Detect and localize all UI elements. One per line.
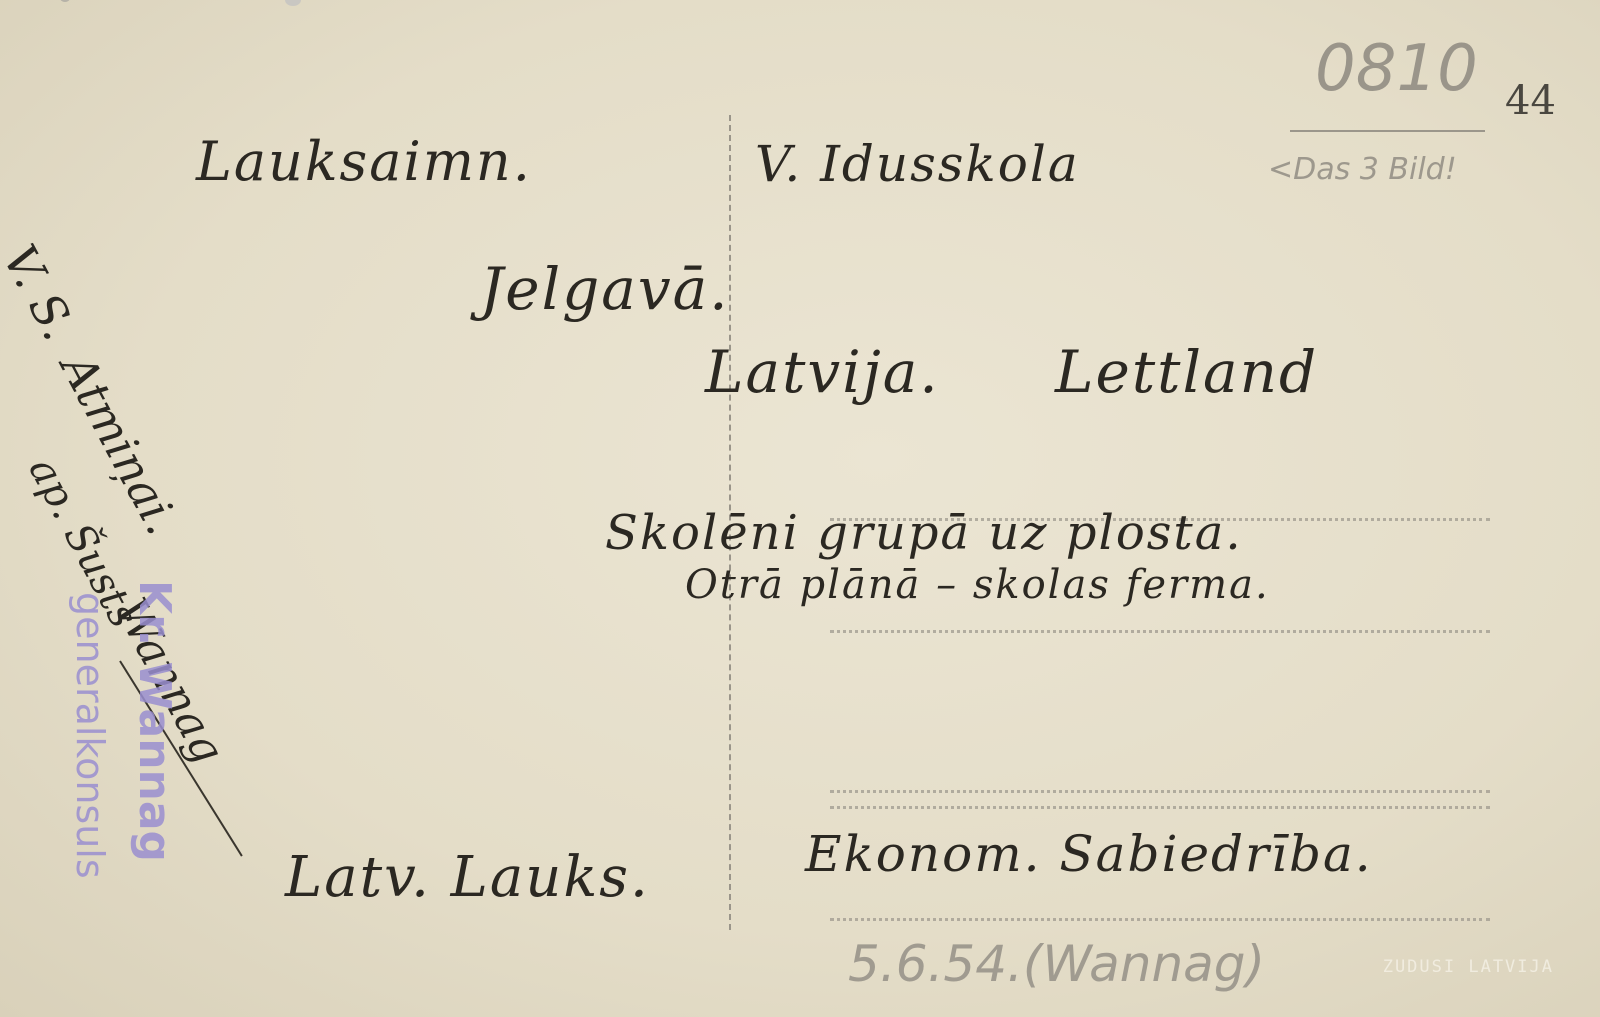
print-line xyxy=(830,790,1490,793)
sender-right: Ekonom. Sabiedrība. xyxy=(805,825,1373,883)
address-school-type: Lauksaimn. xyxy=(196,130,532,193)
watermark: ZUDUSI LATVIJA xyxy=(1383,957,1554,977)
address-country: Latvija. xyxy=(705,338,940,406)
side-note-initials: V. S. xyxy=(0,236,86,349)
archive-note: <Das 3 Bild! xyxy=(1268,152,1457,187)
consul-stamp-name: Kr. Wannag xyxy=(129,580,180,862)
address-city: Jelgavā. xyxy=(480,255,730,323)
archive-number: 0810 xyxy=(1315,32,1478,106)
consul-stamp-title: generalkonsuls xyxy=(68,592,112,879)
sender-left: Latv. Lauks. xyxy=(285,845,650,910)
caption-line-2: Otrā plānā – skolas ferma. xyxy=(685,562,1270,608)
pencil-date-note: 5.6.54.(Wannag) xyxy=(848,935,1265,993)
archive-underline xyxy=(1290,130,1485,132)
caption-line-1: Skolēni grupā uz plosta. xyxy=(605,505,1243,561)
pin-mark xyxy=(285,0,301,6)
pin-mark xyxy=(60,0,70,2)
print-line xyxy=(830,918,1490,921)
archive-number-suffix: 44 xyxy=(1505,78,1556,124)
print-line xyxy=(830,630,1490,633)
print-line xyxy=(830,806,1490,809)
postcard: 0810 44 <Das 3 Bild! Lauksaimn. V. Iduss… xyxy=(0,0,1600,1017)
address-school: V. Idusskola xyxy=(755,135,1080,193)
address-country-de: Lettland xyxy=(1055,338,1318,406)
